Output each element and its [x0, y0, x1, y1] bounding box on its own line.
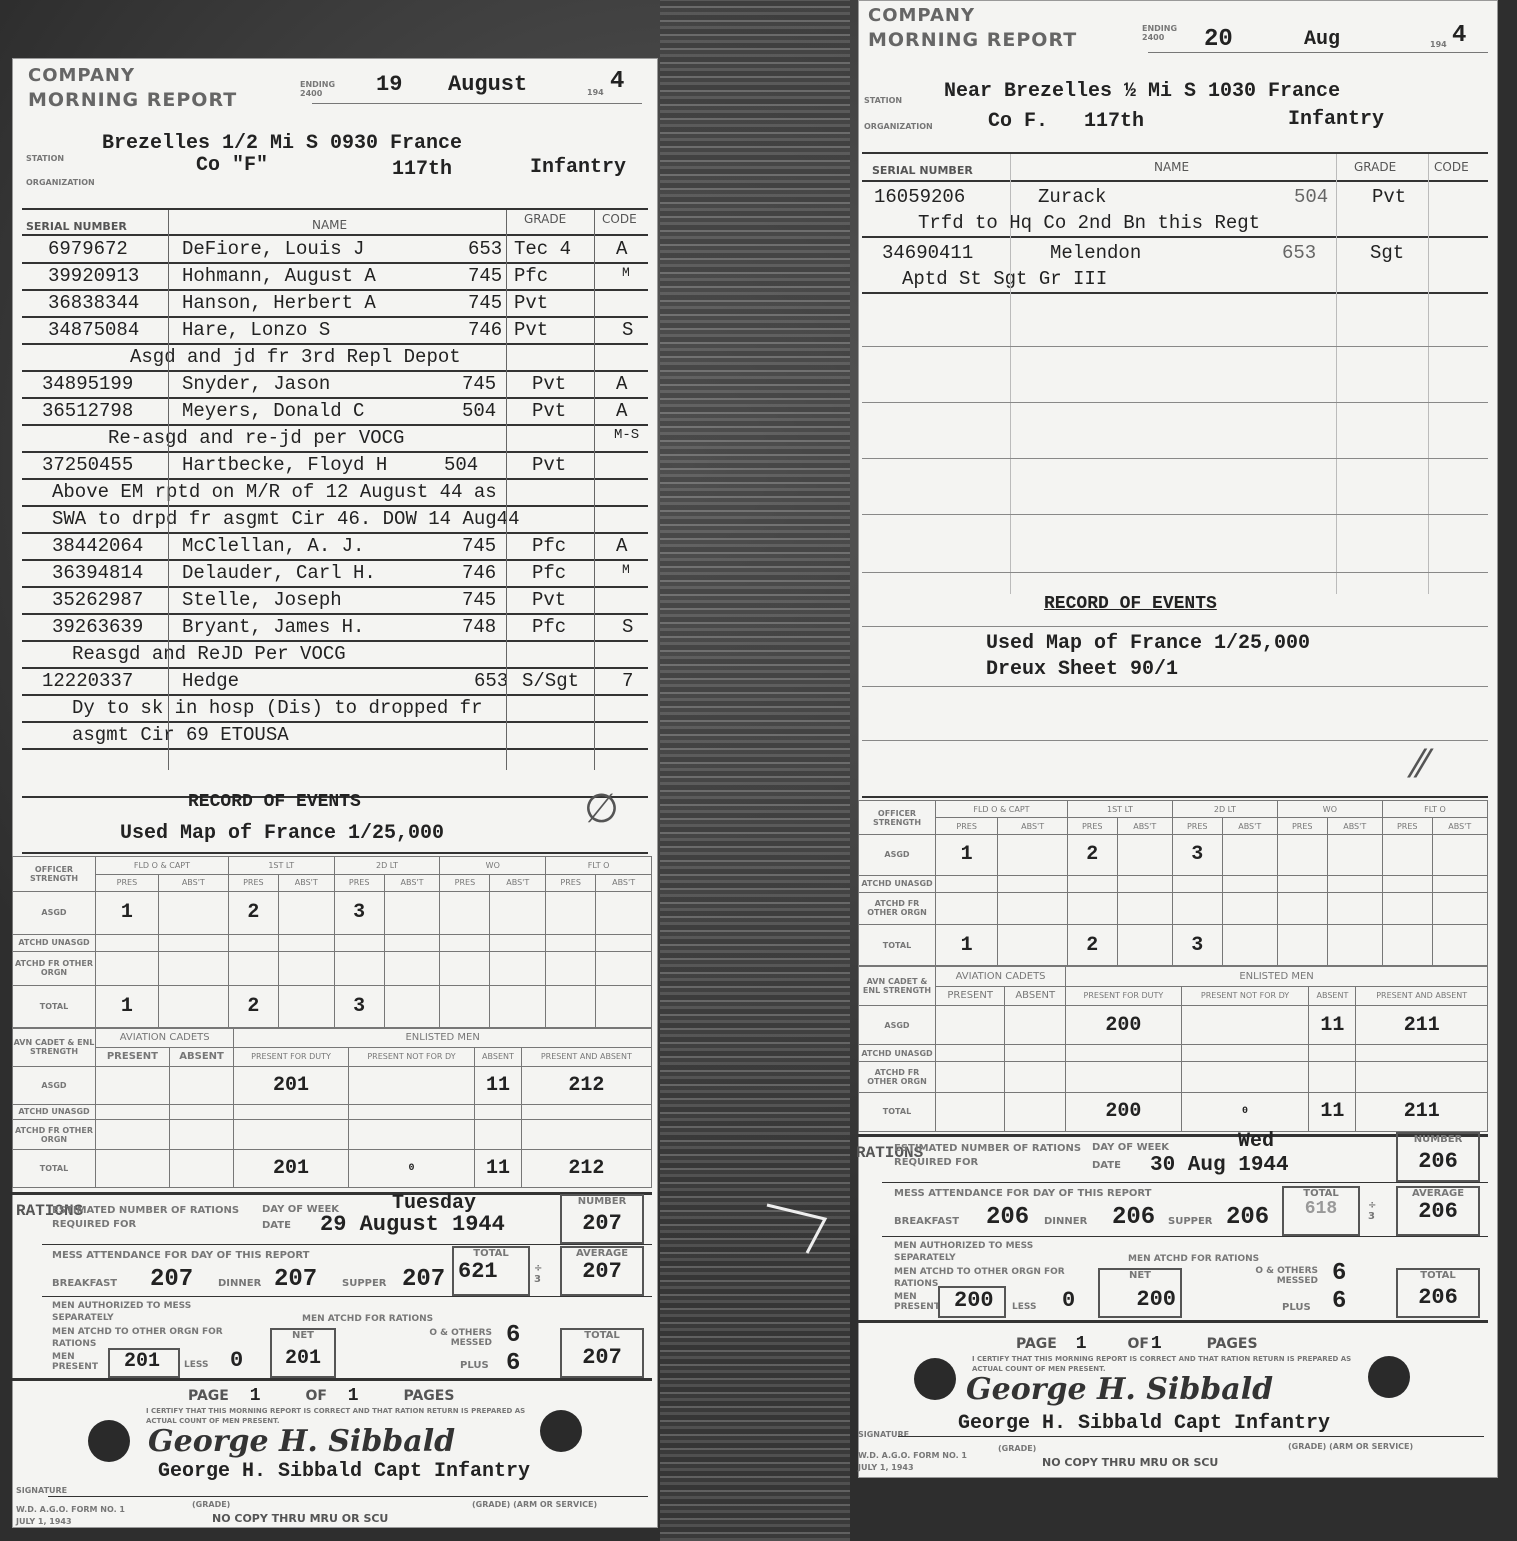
record-of-events-title: RECORD OF EVENTS [1044, 594, 1217, 614]
org-arm: Infantry [1288, 108, 1384, 131]
rations-date-value: 30 Aug 1944 [1150, 1154, 1289, 1177]
roster-row: 36394814Delauder, Carl H.746PfcM [22, 560, 648, 588]
rations-estimate-label: ESTIMATED NUMBER OF RATIONS REQUIRED FOR [894, 1142, 1094, 1170]
org-arm: Infantry [530, 156, 626, 179]
record-of-events-title: RECORD OF EVENTS [188, 792, 361, 812]
station-label: STATION [864, 96, 902, 105]
roster-remark: Trfd to Hq Co 2nd Bn this Regt [862, 210, 1488, 238]
roster-row: 34875084Hare, Lonzo S746PvtS [22, 317, 648, 345]
rations-date-value: 29 August 1944 [320, 1212, 505, 1237]
typed-signer: George H. Sibbald Capt Infantry [158, 1460, 530, 1483]
roster-row: 12220337Hedge653S/Sgt7 [22, 668, 648, 696]
initials-mark: ∅ [584, 786, 619, 832]
scan-background-noise [660, 0, 850, 1541]
organization-label: ORGANIZATION [864, 122, 933, 131]
morning-report-form-aug19: COMPANY MORNING REPORT ENDING 2400 19 Au… [12, 58, 658, 1528]
grade-header: GRADE [524, 212, 566, 226]
date-label: DATE [262, 1220, 291, 1231]
men-present-box: 201 [108, 1348, 180, 1378]
enlisted-row-total: TOTAL201011212 [13, 1150, 652, 1188]
roster-remark: Reasgd and ReJD Per VOCG [22, 641, 648, 669]
org-company: Co "F" [196, 154, 268, 177]
roster-remark: Above EM rptd on M/R of 12 August 44 as [22, 479, 648, 507]
page-indicator: PAGE 1 OF1 PAGES [1016, 1334, 1258, 1354]
signature-label: SIGNATURE [858, 1430, 909, 1439]
roster-remark: Re-asgd and re-jd per VOCGM-S [22, 425, 648, 453]
form-number: W.D. A.G.O. FORM NO. 1 JULY 1, 1943 [16, 1504, 146, 1528]
initials-mark: ⁄⁄ [1414, 742, 1427, 786]
day-of-week-value: Wed [1238, 1130, 1274, 1153]
serial-number-header: SERIAL NUMBER [872, 164, 973, 177]
certification-text: I CERTIFY THAT THIS MORNING REPORT IS CO… [146, 1406, 526, 1426]
roster-remark: asgmt Cir 69 ETOUSA [22, 722, 648, 750]
enlisted-row-asgd: ASGD20011211 [859, 1006, 1488, 1045]
code-header: CODE [1434, 160, 1469, 174]
scan-artifact-mark [765, 1195, 835, 1255]
roster-remark: Asgd and jd fr 3rd Repl Depot [22, 344, 648, 372]
o-others-count: 6 [1332, 1260, 1346, 1287]
ending-day: 20 [1204, 26, 1233, 53]
roster-remark: Aptd St Sgt Gr III [862, 266, 1488, 294]
divide-by-three: ÷ 3 [534, 1263, 546, 1285]
officer-strength-table: OFFICER STRENGTH FLD O & CAPT1ST LT2D LT… [858, 800, 1488, 966]
officer-strength-table: OFFICER STRENGTH FLD O & CAPT1ST LT2D LT… [12, 856, 652, 1028]
mess-total-box: TOTAL 618 [1282, 1186, 1360, 1236]
roster-row: 36512798Meyers, Donald C504PvtA [22, 398, 648, 426]
roster-row: 34690411Melendon653Sgt [862, 240, 1488, 266]
enlisted-strength-table: AVN CADET & ENL STRENGTH AVIATION CADETS… [858, 966, 1488, 1132]
roster-row: 36838344Hanson, Herbert A745Pvt [22, 290, 648, 318]
morning-report-form-aug20: COMPANY MORNING REPORT ENDING 2400 20 Au… [858, 0, 1498, 1478]
form-title: COMPANY MORNING REPORT [28, 66, 237, 110]
mess-total-box: TOTAL 621 [452, 1246, 530, 1296]
ending-year-suffix: 4 [610, 68, 624, 95]
roster-remark: Dy to sk in hosp (Dis) to dropped fr [22, 695, 648, 723]
roster-row: 6979672DeFiore, Louis J653Tec 4A [22, 236, 648, 264]
grand-total-box: TOTAL 206 [1396, 1268, 1480, 1318]
signature-label: SIGNATURE [16, 1486, 67, 1495]
record-of-events-line: Used Map of France 1/25,000 [120, 822, 444, 845]
mess-attendance-label: MESS ATTENDANCE FOR DAY OF THIS REPORT [894, 1188, 1151, 1199]
o-others-count: 6 [506, 1322, 520, 1349]
roster-row: 38442064McClellan, A. J.745PfcA [22, 533, 648, 561]
station-label: STATION [26, 154, 64, 163]
number-box: NUMBER 206 [1396, 1132, 1480, 1182]
station-value: Near Brezelles ½ Mi S 1030 France [944, 80, 1340, 103]
breakfast-count: 206 [986, 1204, 1029, 1231]
divide-by-three: ÷ 3 [1368, 1200, 1380, 1222]
punch-hole [1368, 1356, 1410, 1398]
org-regiment: 117th [1084, 110, 1144, 133]
net-box: NET 200 [1098, 1268, 1182, 1318]
number-box: NUMBER 207 [560, 1194, 644, 1244]
ending-month: August [448, 72, 527, 97]
form-number: W.D. A.G.O. FORM NO. 1 JULY 1, 1943 [858, 1450, 968, 1474]
enlisted-row-asgd: ASGD20111212 [13, 1066, 652, 1104]
rations-side-label: RATIONS [856, 1140, 870, 1166]
record-of-events-line: Used Map of France 1/25,000 [986, 632, 1310, 655]
ending-label: ENDING 2400 [1142, 24, 1182, 42]
certification-text: I CERTIFY THAT THIS MORNING REPORT IS CO… [972, 1354, 1352, 1374]
typed-signer: George H. Sibbald Capt Infantry [958, 1412, 1330, 1435]
roster-row: 37250455Hartbecke, Floyd H504Pvt [22, 452, 648, 480]
officer-row-total: TOTAL123 [859, 925, 1488, 966]
average-box: AVERAGE 206 [1396, 1186, 1480, 1236]
grade-header: GRADE [1354, 160, 1396, 174]
plus-count: 6 [506, 1350, 520, 1377]
breakfast-count: 207 [150, 1266, 193, 1293]
code-header: CODE [602, 212, 637, 226]
day-of-week-label: DAY OF WEEK [1092, 1142, 1169, 1153]
plus-count: 6 [1332, 1288, 1346, 1315]
grand-total-box: TOTAL 207 [560, 1328, 644, 1378]
punch-hole [540, 1410, 582, 1452]
form-title: COMPANY MORNING REPORT [868, 6, 1077, 50]
net-box: NET 201 [270, 1328, 336, 1378]
roster-row: 35262987Stelle, Joseph745Pvt [22, 587, 648, 615]
enlisted-row-total: TOTAL200011211 [859, 1092, 1488, 1131]
roster-blank-row [22, 749, 648, 775]
name-header: NAME [1154, 160, 1189, 174]
page-indicator: PAGE 1 OF 1 PAGES [188, 1386, 454, 1406]
station-value: Brezelles 1/2 Mi S 0930 France [102, 132, 462, 155]
rations-estimate-label: ESTIMATED NUMBER OF RATIONS REQUIRED FOR [52, 1204, 252, 1232]
ending-year-prefix: 194 [587, 88, 604, 97]
officer-row-total: TOTAL123 [13, 985, 652, 1027]
date-label: DATE [1092, 1160, 1121, 1171]
ending-month: Aug [1304, 28, 1340, 51]
name-header: NAME [312, 218, 347, 232]
mess-attendance-label: MESS ATTENDANCE FOR DAY OF THIS REPORT [52, 1250, 309, 1261]
handwritten-signature: George H. Sibbald [966, 1372, 1273, 1407]
personnel-roster: 16059206Zurack504Pvt Trfd to Hq Co 2nd B… [862, 184, 1488, 294]
record-of-events-line: Dreux Sheet 90/1 [986, 658, 1178, 681]
dinner-count: 207 [274, 1266, 317, 1293]
roster-remark: SWA to drpd fr asgmt Cir 46. DOW 14 Aug4… [22, 506, 648, 534]
enlisted-strength-table: AVN CADET & ENL STRENGTH AVIATION CADETS… [12, 1028, 652, 1188]
personnel-roster: 6979672DeFiore, Louis J653Tec 4A 3992091… [22, 236, 648, 796]
handwritten-signature: George H. Sibbald [148, 1424, 455, 1459]
serial-number-header: SERIAL NUMBER [26, 220, 127, 233]
ending-label: ENDING 2400 [300, 80, 340, 98]
roster-row: 34895199Snyder, Jason745PvtA [22, 371, 648, 399]
supper-count: 206 [1226, 1204, 1269, 1231]
officer-row-asgd: ASGD123 [859, 835, 1488, 876]
dinner-count: 206 [1112, 1204, 1155, 1231]
ending-year-prefix: 194 [1430, 40, 1447, 49]
ending-day: 19 [376, 72, 402, 97]
supper-count: 207 [402, 1266, 445, 1293]
ending-year-suffix: 4 [1452, 22, 1466, 49]
roster-row: 39920913Hohmann, August A745PfcM [22, 263, 648, 291]
officer-row-asgd: ASGD123 [13, 892, 652, 934]
less-count: 0 [230, 1348, 243, 1373]
copy-note: NO COPY THRU MRU OR SCU [1042, 1456, 1218, 1469]
men-present-box: 200 [938, 1286, 1006, 1318]
average-box: AVERAGE 207 [560, 1246, 644, 1296]
org-company: Co F. [988, 110, 1048, 133]
roster-row: 39263639Bryant, James H.748PfcS [22, 614, 648, 642]
punch-hole [88, 1420, 130, 1462]
org-regiment: 117th [392, 158, 452, 181]
less-count: 0 [1062, 1288, 1075, 1313]
punch-hole [914, 1358, 956, 1400]
copy-note: NO COPY THRU MRU OR SCU [212, 1512, 388, 1525]
rations-side-label: RATIONS [16, 1198, 30, 1224]
roster-row: 16059206Zurack504Pvt [862, 184, 1488, 210]
organization-label: ORGANIZATION [26, 178, 95, 187]
